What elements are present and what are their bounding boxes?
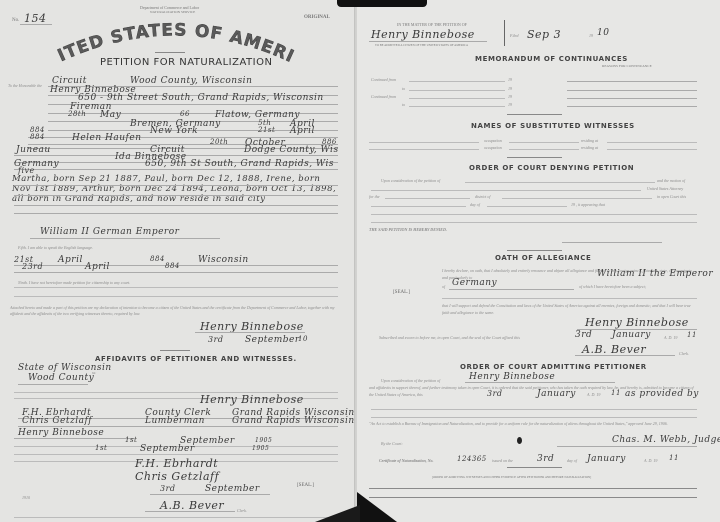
certificate-issued-day: 3rd — [537, 454, 554, 464]
seal-label-left: [SEAL.] — [297, 483, 314, 488]
ninth-clause: Ninth. I have not heretofore made petiti… — [18, 280, 130, 285]
admitted-year: 11 — [611, 389, 621, 397]
declaration-county-field: Dodge County, Wis — [244, 145, 339, 155]
state-since-month: September — [140, 444, 195, 454]
declaration-county-prefix-field: Juneau — [16, 145, 51, 155]
oath-subscribed-day: 3rd — [575, 330, 592, 340]
filed-day-field: 3rd — [208, 335, 224, 344]
number-label: No. — [12, 18, 19, 23]
oath-sovereign: William II the Emperor — [597, 269, 713, 279]
continuances-heading: MEMORANDUM OF CONTINUANCES — [475, 55, 628, 63]
witness-signature-1: F.H. Ebrhardt — [135, 457, 218, 470]
subscribed-month: September — [205, 484, 260, 494]
seal-label-right: [SEAL.] — [393, 290, 410, 295]
service-label: NATURALIZATION SERVICE — [150, 10, 195, 14]
footer-note: [ORDER OF ADMITTING WITNESSES AND OTHER … — [432, 475, 591, 479]
county-field: Wood County — [28, 373, 94, 383]
matter-label: IN THE MATTER OF THE PETITION OF — [397, 22, 467, 27]
witness-signature-2: Chris Getzlaff — [135, 470, 219, 483]
admitted-day: 3rd — [487, 389, 503, 398]
filed-year: 10 — [597, 28, 609, 38]
clerk-label-left: Clerk. — [237, 508, 247, 513]
vessel-field: Helen Haufen — [72, 133, 142, 143]
birth-year-field: 66 — [180, 110, 190, 118]
children-details-field: Martha, born Sep 21 1887, Paul, born Dec… — [12, 174, 337, 204]
residence-field: 650 - 9th Street South, Grand Rapids, Wi… — [78, 93, 324, 103]
residence-state-day-field: 23rd — [22, 262, 43, 271]
denied-text: THE SAID PETITION IS HEREBY DENIED. — [369, 227, 447, 232]
petitioner-named-field: Henry Binnebose — [18, 428, 104, 438]
matter-sub-label: TO BE ADMITTED A CITIZEN OF THE UNITED S… — [375, 43, 468, 47]
oath-heading: OATH OF ALLEGIANCE — [495, 254, 591, 262]
admitted-proviso: as provided by — [625, 389, 699, 399]
court-location-field: Wood County, Wisconsin — [130, 76, 252, 86]
filed-label: Filed — [510, 33, 518, 38]
state-since-day: 1st — [95, 444, 107, 452]
intro-label: To the Honorable the — [8, 83, 42, 88]
original-label: ORIGINAL — [304, 15, 330, 20]
judge-signature: Chas. M. Webb, Judge — [612, 435, 720, 445]
substituted-witnesses-heading: NAMES OF SUBSTITUTED WITNESSES — [471, 122, 635, 130]
witness-2-name: Chris Getzlaff — [22, 416, 92, 426]
petition-page-right: IN THE MATTER OF THE PETITION OF Henry B… — [357, 0, 720, 522]
petition-subtitle: PETITION FOR NATURALIZATION — [100, 57, 272, 68]
state-since-year: 1905 — [252, 445, 269, 452]
birth-day-field: 28th — [68, 110, 86, 118]
certificate-number: 124365 — [457, 455, 487, 463]
affidavit-petitioner-signature: Henry Binnebose — [200, 393, 304, 406]
declaration-day-field: 20th — [210, 138, 228, 146]
certificate-issued-year: 11 — [669, 454, 679, 462]
filed-month-field: September — [245, 335, 300, 345]
subscribed-day: 3rd — [160, 484, 176, 493]
wife-residence-field: 650, 9th St South, Grand Rapids, Wis — [145, 159, 334, 169]
residence-state-month-field: April — [85, 262, 110, 272]
residence-state-year-field: 884 — [165, 262, 180, 270]
oath-country: Germany — [452, 278, 497, 288]
arrival-port-field: New York — [150, 126, 198, 136]
oath-subscribed-year: 11 — [687, 331, 697, 339]
ink-blot — [517, 437, 522, 444]
petition-page-left: Department of Commerce and Labor NATURAL… — [0, 0, 355, 522]
residence-us-month-field: April — [58, 255, 83, 265]
witness-2-residence: Grand Rapids Wisconsin — [232, 416, 355, 426]
fifth-clause: Fifth. I am able to speak the English la… — [18, 245, 93, 250]
known-since-day: 1st — [125, 436, 137, 444]
page-corner-shadow — [357, 492, 397, 522]
filed-year-field: 10 — [298, 335, 308, 343]
residence-state-field: Wisconsin — [198, 255, 249, 265]
admitted-name: Henry Binnebose — [469, 372, 555, 382]
oath-subscribed-month: January — [612, 330, 651, 340]
denying-heading: ORDER OF COURT DENYING PETITION — [469, 164, 634, 172]
renounce-to-field: William II German Emperor — [40, 227, 179, 237]
binder-clip — [337, 0, 427, 7]
oath-support-text: that I will support and defend the Const… — [442, 302, 697, 316]
reasons-label: REASONS FOR CONTINUANCE — [602, 64, 652, 68]
arrival-month-field: April — [290, 126, 315, 136]
admitted-month: January — [537, 389, 576, 399]
birth-month-field: May — [100, 110, 121, 120]
arrival-day-field: 21st — [258, 126, 275, 134]
affidavits-heading: AFFIDAVITS OF PETITIONER AND WITNESSES. — [95, 355, 297, 363]
known-since-year: 1905 — [255, 437, 272, 444]
state-field: State of Wisconsin — [18, 363, 112, 373]
admitting-heading: ORDER OF COURT ADMITTING PETITIONER — [460, 363, 647, 371]
filed-date: Sep 3 — [527, 28, 561, 41]
attached-clause: Attached hereto and made a part of this … — [10, 305, 340, 317]
certificate-issued-month: January — [587, 454, 626, 464]
oath-signature: Henry Binnebose — [585, 316, 689, 329]
matter-petitioner-name: Henry Binnebose — [371, 28, 475, 41]
page-corner-shadow-left — [315, 505, 360, 522]
subscribed-year: 1910 — [22, 495, 30, 500]
residence-us-year-field: 884 — [150, 255, 165, 263]
statute-text: "An Act to establish a Bureau of Immigra… — [369, 420, 697, 427]
witness-2-occupation: Lumberman — [145, 416, 205, 426]
arrival-year-field: 884 — [30, 133, 45, 141]
